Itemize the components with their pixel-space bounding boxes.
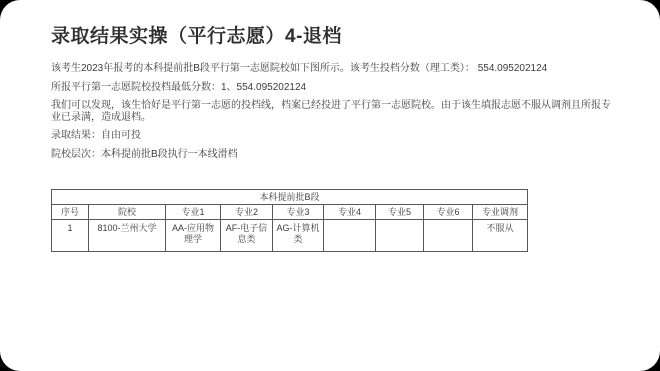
table-title: 本科提前批B段 — [52, 190, 528, 205]
table-title-row: 本科提前批B段 — [52, 190, 528, 205]
col-header-major-adjust: 专业调剂 — [473, 205, 528, 220]
paragraph-admission-result: 录取结果：自由可投 — [51, 130, 611, 142]
cell-major3: AG-计算机类 — [273, 220, 324, 252]
content-card: 录取结果实操（平行志愿）4-退档 该考生2023年报考的本科提前批B段平行第一志… — [0, 0, 660, 371]
cell-major1: AA-应用物理学 — [166, 220, 221, 252]
slide-canvas: 录取结果实操（平行志愿）4-退档 该考生2023年报考的本科提前批B段平行第一志… — [0, 0, 660, 371]
content-area: 录取结果实操（平行志愿）4-退档 该考生2023年报考的本科提前批B段平行第一志… — [51, 0, 611, 252]
cell-major5 — [376, 220, 424, 252]
col-header-college: 院校 — [89, 205, 166, 220]
admissions-table: 本科提前批B段 序号 院校 专业1 专业2 专业3 专业4 专业5 专业6 专业… — [51, 189, 528, 252]
cell-major-adjust: 不服从 — [473, 220, 528, 252]
paragraph-analysis: 我们可以发现，该生恰好是平行第一志愿的投档线，档案已经投进了平行第一志愿院校。由… — [51, 100, 611, 123]
col-header-major4: 专业4 — [324, 205, 376, 220]
cell-major4 — [324, 220, 376, 252]
table-row: 1 8100-兰州大学 AA-应用物理学 AF-电子信息类 AG-计算机类 不服… — [52, 220, 528, 252]
col-header-major3: 专业3 — [273, 205, 324, 220]
col-header-major6: 专业6 — [424, 205, 473, 220]
col-header-major5: 专业5 — [376, 205, 424, 220]
table-header-row: 序号 院校 专业1 专业2 专业3 专业4 专业5 专业6 专业调剂 — [52, 205, 528, 220]
col-header-major2: 专业2 — [221, 205, 273, 220]
page-title-text: 录取结果实操（平行志愿）4-退档 — [51, 26, 342, 47]
paragraph-min-score: 所报平行第一志愿院校投档最低分数：1、554.095202124 — [51, 82, 611, 94]
col-header-index: 序号 — [52, 205, 89, 220]
col-header-major1: 专业1 — [166, 205, 221, 220]
paragraph-score-info: 该考生2023年报考的本科提前批B段平行第一志愿院校如下图所示。该考生投档分数（… — [51, 63, 611, 75]
cell-college: 8100-兰州大学 — [89, 220, 166, 252]
page-title: 录取结果实操（平行志愿）4-退档 — [51, 0, 611, 48]
paragraph-school-level: 院校层次：本科提前批B段执行一本线滑档 — [51, 149, 611, 161]
cell-index: 1 — [52, 220, 89, 252]
cell-major2: AF-电子信息类 — [221, 220, 273, 252]
cell-major6 — [424, 220, 473, 252]
